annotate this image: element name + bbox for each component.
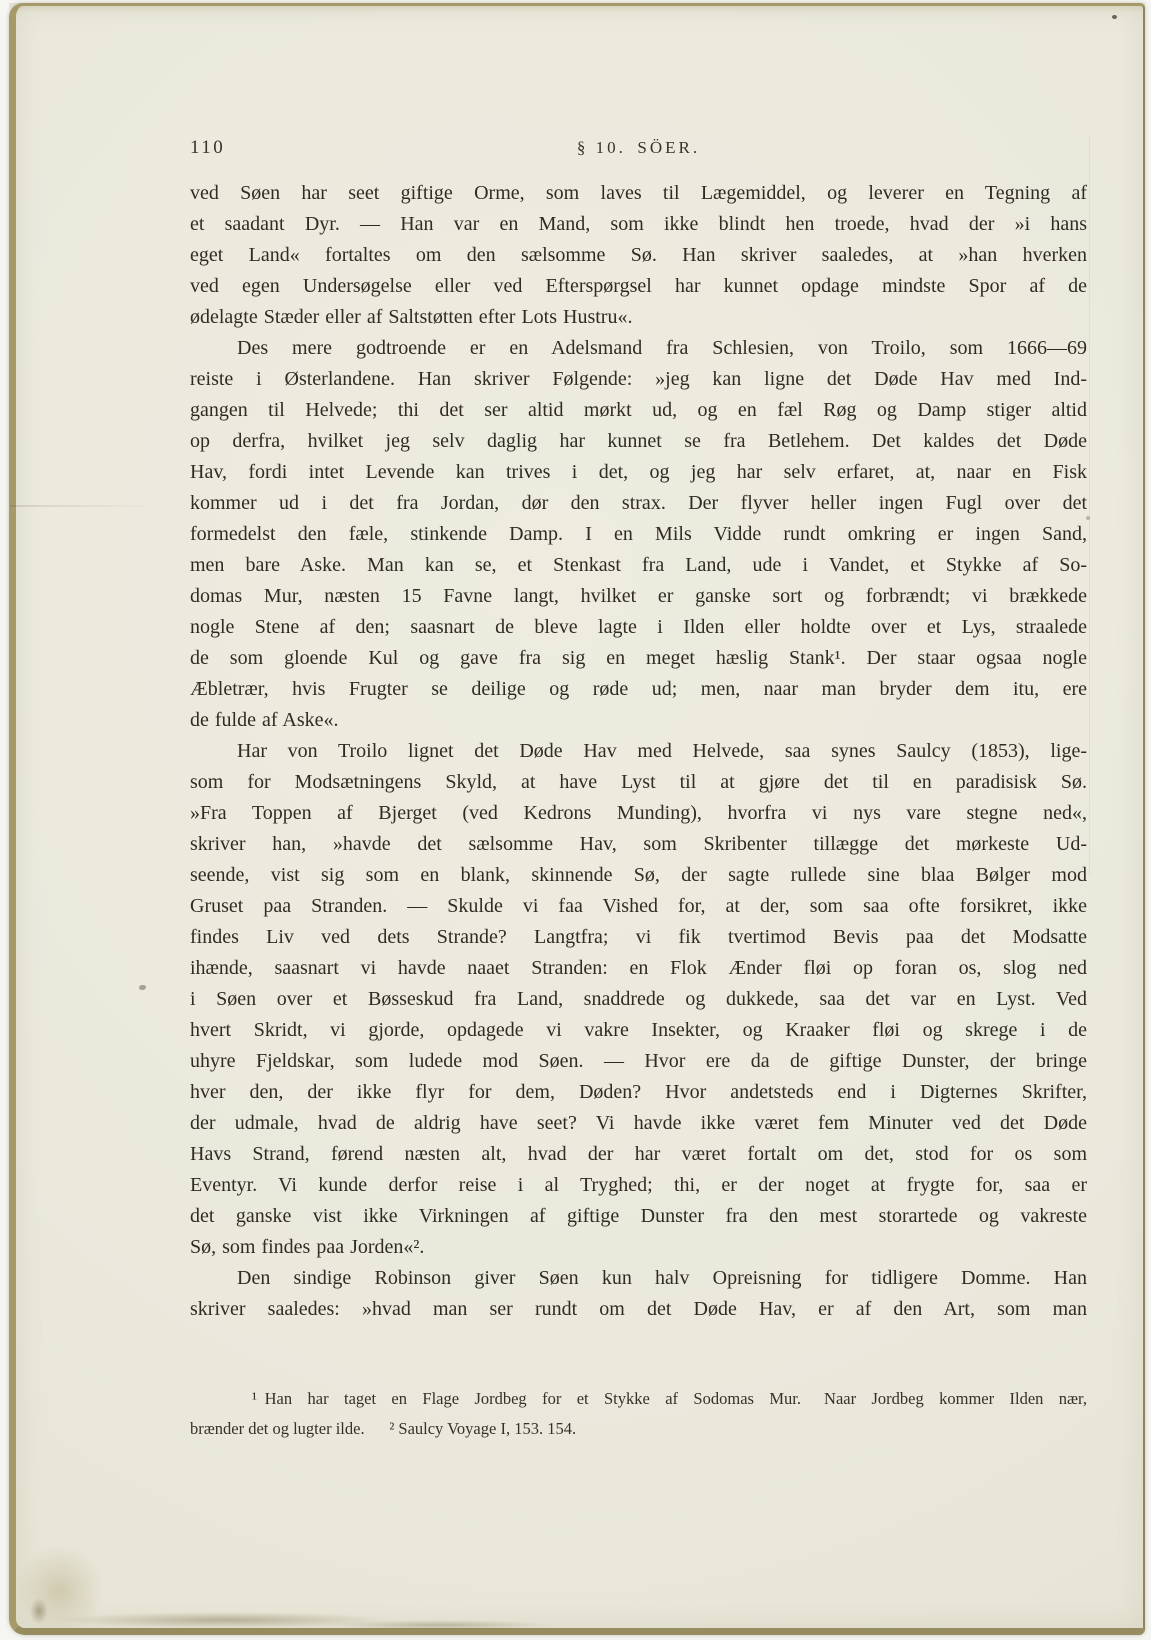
text-line: nogle Stene af den; saasnart de bleve la… [190,612,1087,643]
text-line: eget Land« fortaltes om den sælsomme Sø.… [190,240,1087,271]
text-line: kommer ud i det fra Jordan, dør den stra… [190,488,1087,519]
text-line: men bare Aske. Man kan se, et Stenkast f… [190,550,1087,581]
paragraph: ved Søen har seet giftige Orme, som lave… [190,178,1087,333]
text-line: findes Liv ved dets Strande? Langtfra; v… [190,922,1087,953]
text-line: Har von Troilo lignet det Døde Hav med H… [190,736,1087,767]
text-line: et saadant Dyr. — Han var en Mand, som i… [190,209,1087,240]
text-line: de som gloende Kul og gave fra sig en me… [190,643,1087,674]
text-line: Havs Strand, førend næsten alt, hvad der… [190,1139,1087,1170]
text-line: skriver saaledes: »hvad man ser rundt om… [190,1294,1087,1325]
text-line: Hav, fordi intet Levende kan trives i de… [190,457,1087,488]
section-title: § 10. SÖER. [190,137,1087,159]
text-line: som for Modsætningens Skyld, at have Lys… [190,767,1087,798]
text-line: de fulde af Aske«. [190,705,1087,736]
book-page: 110 § 10. SÖER. ved Søen har seet giftig… [9,3,1145,1635]
text-line: formedelst den fæle, stinkende Damp. I e… [190,519,1087,550]
paragraph: Des mere godtroende er en Adelsmand fra … [190,333,1087,736]
text-line: »Fra Toppen af Bjerget (ved Kedrons Mund… [190,798,1087,829]
text-line: ved Søen har seet giftige Orme, som lave… [190,178,1087,209]
text-line: Gruset paa Stranden. — Skulde vi faa Vis… [190,891,1087,922]
text-line: der udmale, hvad de aldrig have seet? Vi… [190,1108,1087,1139]
text-line: hver den, der ikke flyr for dem, Døden? … [190,1077,1087,1108]
text-line: brænder det og lugter ilde. ² Saulcy Voy… [190,1414,1087,1444]
text-line: Sø, som findes paa Jorden«². [190,1232,1087,1263]
paragraph: Den sindige Robinson giver Søen kun halv… [190,1263,1087,1325]
text-line: Æbletrær, hvis Frugter se deilige og rød… [190,674,1087,705]
text-line: seende, vist sig som en blank, skinnende… [190,860,1087,891]
text-line: det ganske vist ikke Virkningen af gifti… [190,1201,1087,1232]
text-line: Eventyr. Vi kunde derfor reise i al Tryg… [190,1170,1087,1201]
text-line: i Søen over et Bøsseskud fra Land, snadd… [190,984,1087,1015]
text-line: ødelagte Stæder eller af Saltstøtten eft… [190,302,1087,333]
paragraph: Har von Troilo lignet det Døde Hav med H… [190,736,1087,1263]
body-text: ved Søen har seet giftige Orme, som lave… [190,178,1087,1325]
text-line: skriver han, »havde det sælsomme Hav, so… [190,829,1087,860]
scanned-book-page-view: { "theme": { "bg": "#f5f5f1", "paper": "… [0,0,1151,1640]
text-line: reiste i Østerlandene. Han skriver Følge… [190,364,1087,395]
text-line: Den sindige Robinson giver Søen kun halv… [190,1263,1087,1294]
text-line: uhyre Fjeldskar, som ludede mod Søen. — … [190,1046,1087,1077]
text-line: domas Mur, næsten 15 Favne langt, hvilke… [190,581,1087,612]
text-line: ihænde, saasnart vi havde naaet Stranden… [190,953,1087,984]
text-line: ved egen Undersøgelse eller ved Efterspø… [190,271,1087,302]
text-line: hvert Skridt, vi gjorde, opdagede vi vak… [190,1015,1087,1046]
text-line: op derfra, hvilket jeg selv daglig har k… [190,426,1087,457]
text-line: Des mere godtroende er en Adelsmand fra … [190,333,1087,364]
page-header: 110 § 10. SÖER. [190,137,1087,159]
text-line: ¹ Han har taget en Flage Jordbeg for et … [190,1384,1087,1414]
footnotes: ¹ Han har taget en Flage Jordbeg for et … [190,1384,1087,1444]
text-line: gangen til Helvede; thi det ser altid mø… [190,395,1087,426]
